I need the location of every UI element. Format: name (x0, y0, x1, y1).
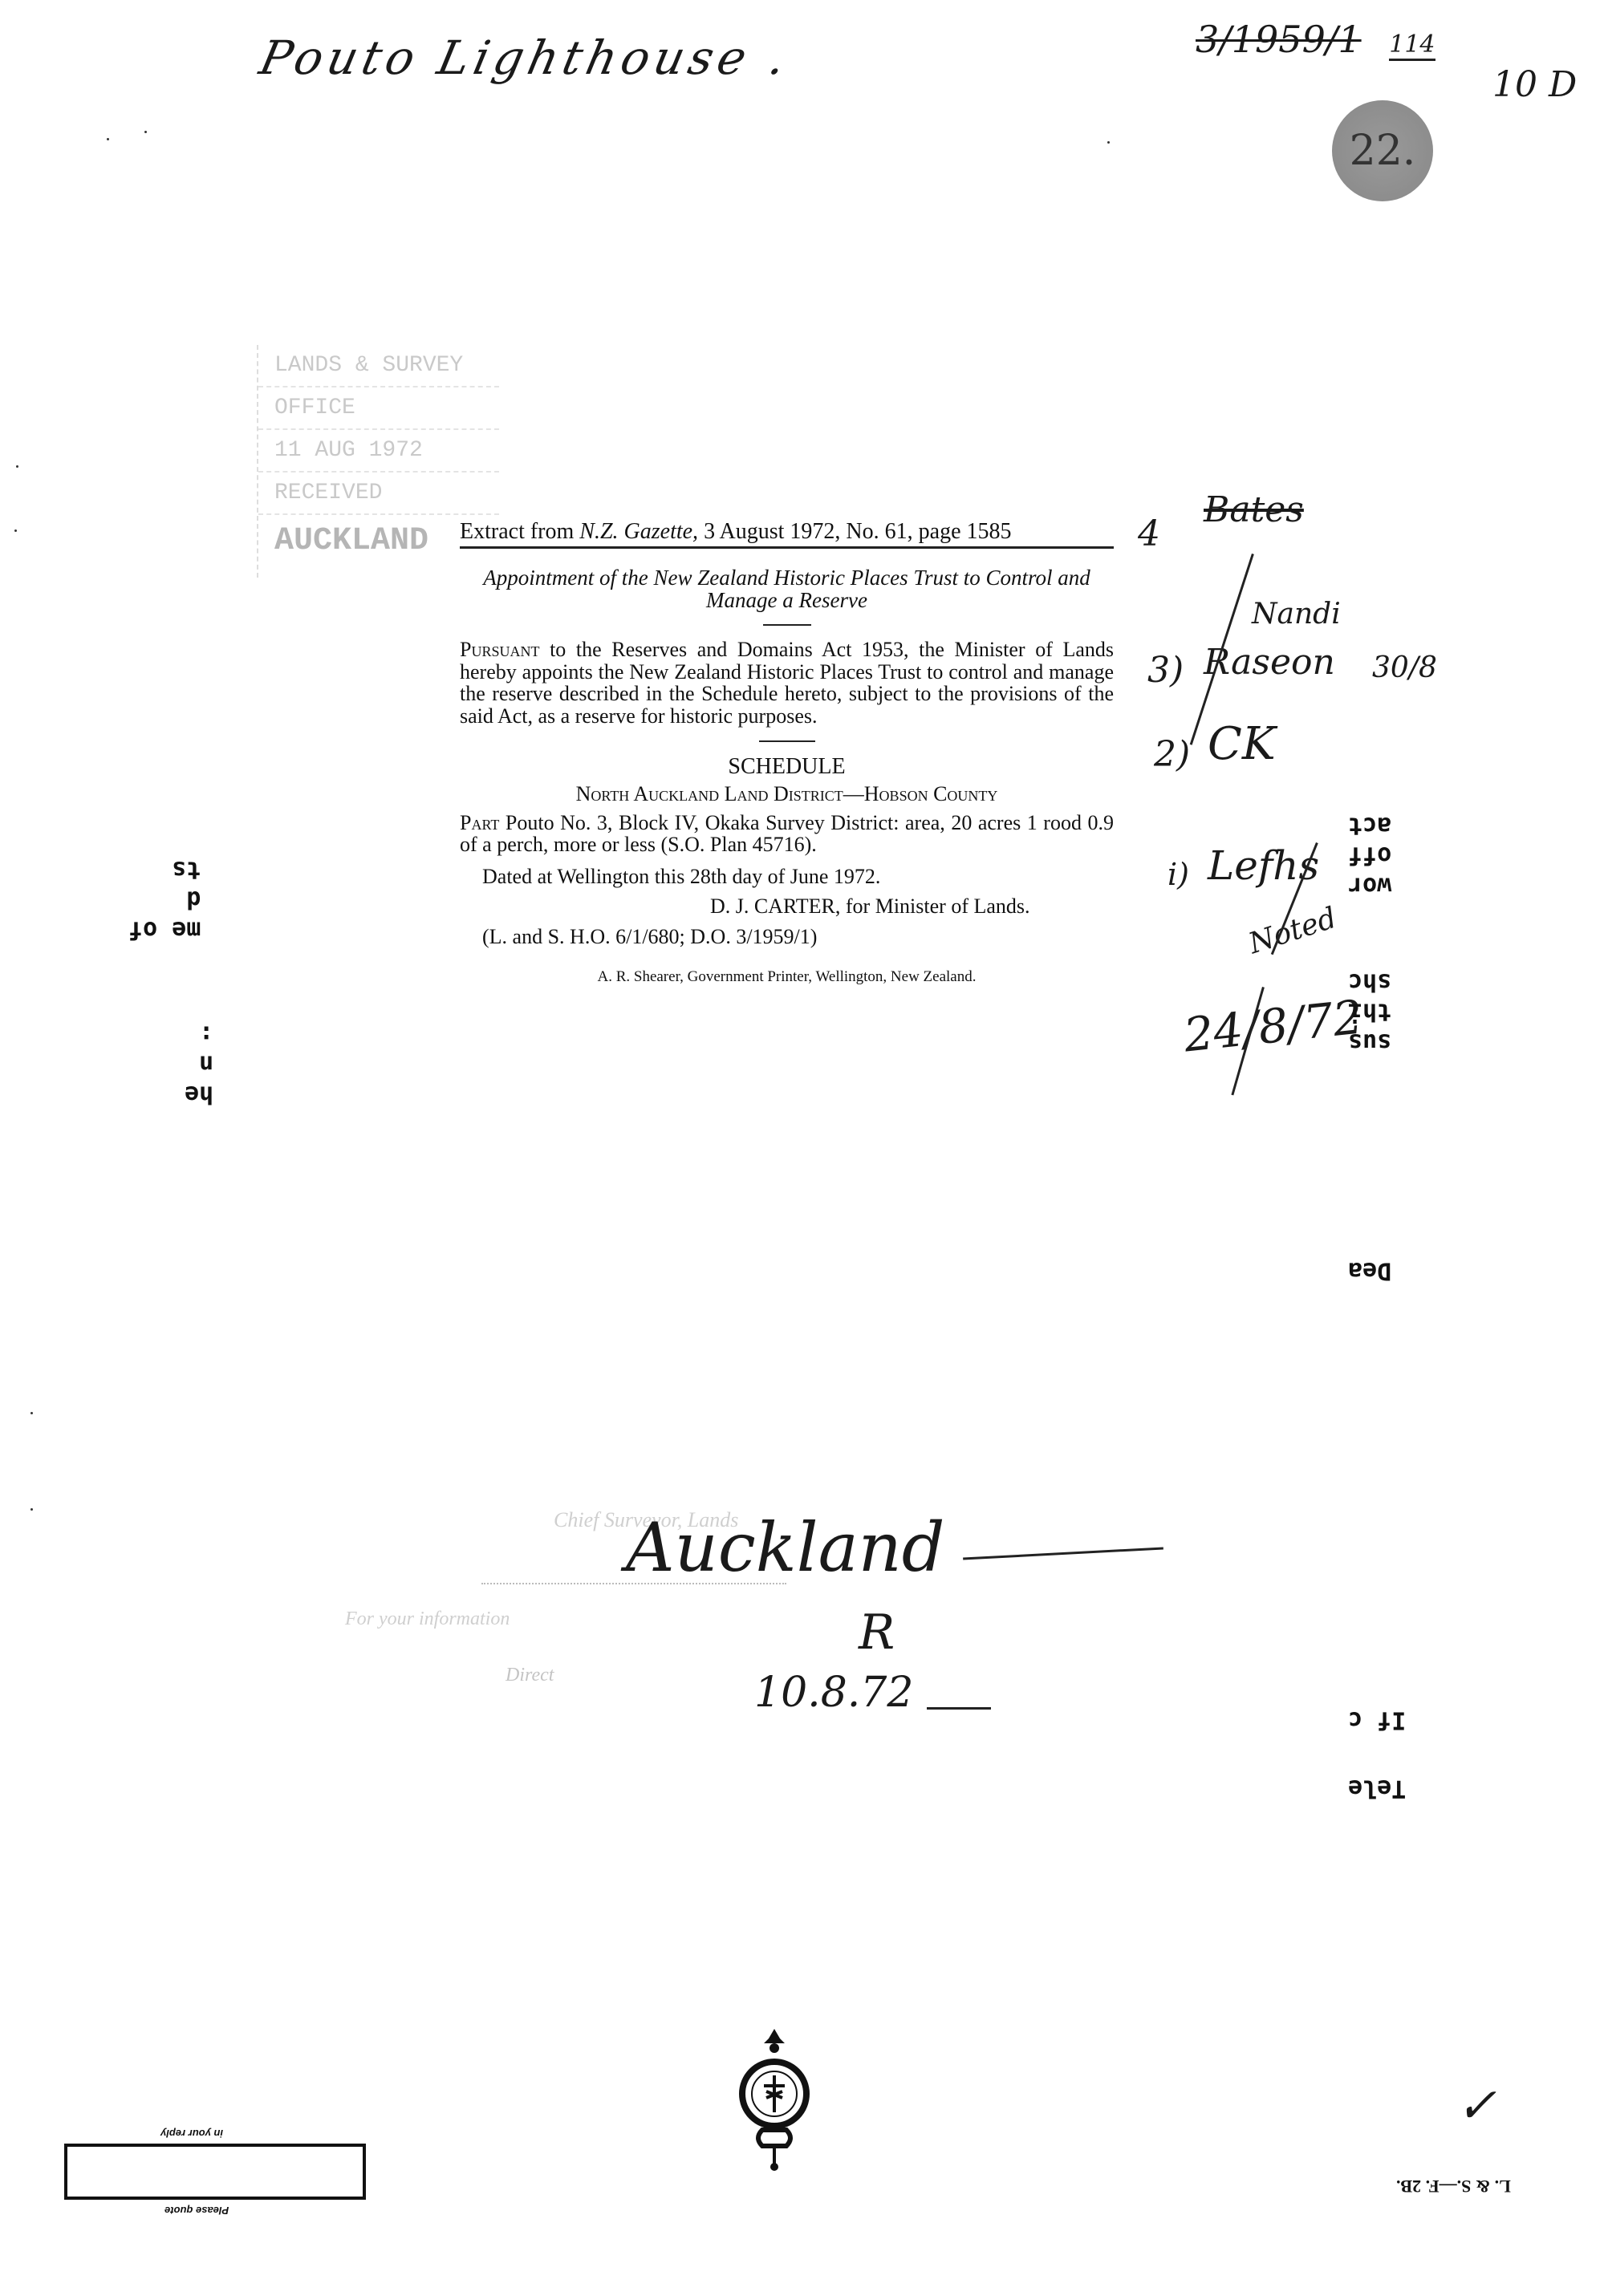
show-through-text: me of d ts (128, 854, 201, 945)
part-lead: Part (460, 811, 499, 834)
show-through-line: n (185, 1049, 213, 1080)
show-through-line: shc (1348, 967, 1391, 997)
stamp-faint-info: For your information (345, 1608, 510, 1630)
show-through-text: Tele (1348, 1773, 1406, 1803)
routing-date: 24/8/72 (1181, 990, 1365, 1063)
show-through-line: off (1348, 841, 1391, 871)
scan-speck (30, 1412, 33, 1414)
scan-speck (16, 465, 18, 468)
routing-name: Nandi (1252, 598, 1341, 631)
stamp-line: RECEIVED (258, 473, 499, 515)
quote-label-bottom: Please quote (164, 2205, 229, 2217)
show-through-line: : (185, 1019, 213, 1049)
show-through-text: sus thi shc (1348, 967, 1391, 1057)
printer-line: A. R. Shearer, Government Printer, Welli… (460, 969, 1114, 985)
show-through-text: If c (1348, 1705, 1406, 1735)
check-mark: ✓ (1456, 2078, 1496, 2134)
department-seal-icon (738, 2026, 810, 2194)
show-through-text: he n : (185, 1019, 213, 1109)
scan-speck (14, 529, 17, 532)
divider (763, 624, 811, 626)
scan-speck (144, 131, 147, 133)
reference-numbers: (L. and S. H.O. 6/1/680; D.O. 3/1959/1) (460, 926, 1114, 948)
show-through-text: Dea (1348, 1255, 1391, 1286)
dated-line: Dated at Wellington this 28th day of Jun… (460, 866, 1114, 888)
stamp-line: OFFICE (258, 387, 499, 430)
show-through-line: d (128, 885, 201, 915)
handwritten-initial: R (859, 1604, 895, 1661)
file-number-struck: 3/1959/1 (1196, 18, 1362, 61)
routing-signature-2: CK (1208, 718, 1276, 770)
show-through-line: he (185, 1079, 213, 1109)
file-number: 3/1959/1 114 (1196, 18, 1435, 61)
part-text: Pouto No. 3, Block IV, Okaka Survey Dist… (460, 811, 1114, 857)
show-through-line: me of (128, 915, 201, 945)
pen-flourish (963, 1547, 1163, 1560)
file-number-fraction-bottom: 10 D (1492, 64, 1577, 105)
gazette-header-suffix: 3 August 1972, No. 61, page 1585 (698, 519, 1011, 544)
divider (759, 740, 815, 742)
routing-number-4: 4 (1138, 513, 1160, 554)
gazette-extract: Extract from N.Z. Gazette, 3 August 1972… (460, 520, 1114, 985)
pen-underline (927, 1707, 991, 1710)
show-through-line: wor (1348, 870, 1391, 901)
handwritten-place: Auckland (626, 1508, 945, 1587)
gazette-header-prefix: Extract from (460, 519, 579, 544)
gazette-header: Extract from N.Z. Gazette, 3 August 1972… (460, 520, 1114, 549)
folio-number-badge: 22. (1332, 100, 1433, 201)
show-through-line: sus (1348, 1027, 1391, 1057)
handwritten-stamp-date: 10.8.72 (754, 1669, 913, 1717)
handwritten-title: Pouto Lighthouse . (255, 30, 796, 85)
gazette-title: Appointment of the New Zealand Historic … (460, 566, 1114, 612)
routing-signature-4: Bates (1204, 489, 1304, 530)
quote-label-top: in your reply (160, 2128, 223, 2140)
stamp-dotted-line (481, 1583, 786, 1584)
file-number-fraction-top: 114 (1389, 30, 1435, 61)
stamp-line: LANDS & SURVEY (258, 345, 499, 387)
reference-quote-box (64, 2144, 366, 2200)
body-text: to the Reserves and Domains Act 1953, th… (460, 638, 1114, 728)
routing-noted: Noted (1245, 902, 1340, 961)
routing-date-3: 30/8 (1372, 651, 1437, 684)
scan-speck (107, 138, 109, 140)
body-lead: Pursuant (460, 638, 539, 661)
schedule-district: North Auckland Land District—Hobson Coun… (460, 783, 1114, 805)
stamp-faint-direct: Direct (506, 1665, 554, 1686)
schedule-part: Part Pouto No. 3, Block IV, Okaka Survey… (460, 812, 1114, 856)
routing-number-1: i) (1167, 857, 1189, 892)
routing-number-2: 2) (1154, 734, 1190, 775)
scan-speck (30, 1508, 33, 1511)
folio-number: 22. (1350, 127, 1416, 175)
show-through-line: act (1348, 810, 1391, 841)
gazette-body: Pursuant to the Reserves and Domains Act… (460, 639, 1114, 727)
stamp-date: 11 AUG 1972 (258, 430, 499, 473)
show-through-text: wor off act (1348, 810, 1391, 901)
show-through-line: ts (128, 854, 201, 885)
scan-speck (1107, 141, 1110, 144)
routing-number-3: 3) (1147, 650, 1184, 691)
form-code: L. & S.—F. 2B. (1396, 2176, 1511, 2197)
gazette-publication: N.Z. Gazette, (579, 519, 698, 544)
signatory: D. J. CARTER, for Minister of Lands. (460, 895, 1114, 918)
show-through-line: thi (1348, 997, 1391, 1028)
schedule-heading: SCHEDULE (460, 755, 1114, 779)
